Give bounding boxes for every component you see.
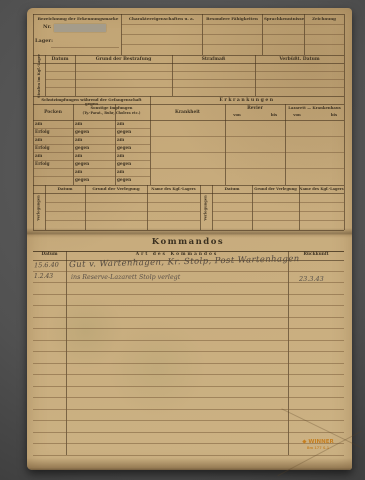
verleg-col-datum: Datum bbox=[212, 187, 252, 192]
grid-line bbox=[45, 87, 344, 88]
verlegungen-side-label: Verlegungen bbox=[204, 195, 208, 220]
verleg-col-grund: Grund der Verlegung bbox=[85, 187, 147, 192]
kommandos-title: Kommandos bbox=[138, 238, 238, 248]
verlegungen-side-label-wrap: Verlegungen bbox=[33, 185, 45, 230]
grid-line bbox=[45, 71, 344, 72]
cell-gegen: gegen bbox=[117, 146, 141, 151]
ruled-line bbox=[33, 455, 344, 456]
lazarett-bis: bis bbox=[327, 113, 341, 117]
ruled-line bbox=[33, 386, 344, 387]
revier-von: von bbox=[230, 113, 244, 117]
col-faehigkeiten: Besondere Fähigkeiten bbox=[204, 17, 260, 22]
cell-gegen: gegen bbox=[75, 162, 99, 167]
col-pocken: Pocken bbox=[33, 110, 73, 115]
grid-line bbox=[225, 104, 226, 185]
ruled-line bbox=[33, 282, 344, 283]
col-revier: Revier bbox=[225, 106, 285, 111]
grid-line bbox=[252, 185, 253, 230]
grid-line bbox=[85, 185, 86, 230]
cell-gegen: gegen bbox=[75, 178, 99, 183]
grid-line bbox=[212, 220, 344, 221]
cell-gegen: gegen bbox=[75, 130, 99, 135]
col-sprachen: Sprachkenntnisse bbox=[264, 17, 302, 22]
cell-erfolg: Erfolg bbox=[35, 162, 59, 167]
grid-line bbox=[150, 152, 344, 153]
cell-am: am bbox=[117, 122, 137, 127]
verleg-col-name: Name des Kgf.-Lagers bbox=[299, 187, 344, 191]
cell-gegen: gegen bbox=[75, 146, 99, 151]
cell-erfolg: Erfolg bbox=[35, 146, 59, 151]
cell-am: am bbox=[117, 154, 137, 159]
cell-erfolg: Erfolg bbox=[35, 130, 59, 135]
verleg-col-grund: Grund der Verlegung bbox=[252, 187, 299, 191]
grid-line bbox=[33, 63, 344, 64]
col-krankheit: Krankheit bbox=[150, 110, 225, 115]
grid-line bbox=[45, 220, 200, 221]
grid-line bbox=[45, 211, 200, 212]
grid-line bbox=[212, 185, 213, 230]
grid-line bbox=[121, 44, 344, 45]
verleg-col-datum: Datum bbox=[45, 187, 85, 192]
entry-date: 15.6.40 bbox=[34, 261, 59, 270]
erkennungsmarke-label: Bezeichnung der Erkennungsmarke bbox=[37, 17, 119, 22]
watermark-subtext: Bm 177 S.1 bbox=[293, 446, 343, 450]
ruled-line bbox=[33, 271, 344, 272]
entry-text: ins Reserve-Lazarett Stolp verlegt bbox=[71, 274, 180, 281]
verleg-col-name: Name des Kgf.-Lagers bbox=[147, 187, 200, 191]
cell-gegen: gegen bbox=[117, 178, 141, 183]
grid-line bbox=[45, 79, 344, 80]
document-paper: Bezeichnung der Erkennungsmarke Nr. Lage… bbox=[27, 8, 352, 470]
ruled-line bbox=[33, 374, 344, 375]
cell-gegen: gegen bbox=[117, 130, 141, 135]
ruled-line bbox=[33, 397, 344, 398]
ruled-line bbox=[33, 305, 344, 306]
strafen-col-datum: Datum bbox=[45, 57, 75, 62]
cell-am: am bbox=[117, 170, 137, 175]
ruled-line bbox=[33, 420, 344, 421]
paper-bottom-edge bbox=[27, 458, 352, 470]
strafen-col-verbuesst: Verbüßt. Datum bbox=[255, 57, 344, 62]
grid-line bbox=[45, 185, 46, 230]
ruled-line bbox=[33, 294, 344, 295]
cell-am: am bbox=[75, 170, 95, 175]
strafen-col-grund: Grund der Bestrafung bbox=[75, 57, 172, 62]
ruled-line bbox=[33, 351, 344, 352]
grid-line bbox=[150, 168, 344, 169]
cell-am: am bbox=[35, 138, 55, 143]
section-border bbox=[33, 185, 344, 186]
revier-bis: bis bbox=[267, 113, 281, 117]
verlegungen-side-label: Verlegungen bbox=[37, 195, 41, 220]
lager-label: Lager: bbox=[35, 39, 55, 45]
lazarett-von: von bbox=[290, 113, 304, 117]
form-border-right bbox=[344, 14, 345, 230]
col-sonstige-2: (Ty.-Parat., Ruhr, Cholera etc.) bbox=[74, 112, 149, 116]
cell-gegen: gegen bbox=[117, 162, 141, 167]
ruled-line bbox=[33, 409, 344, 410]
ruled-line bbox=[33, 328, 344, 329]
cell-am: am bbox=[35, 154, 55, 159]
entry-date: 1.2.43 bbox=[34, 273, 53, 280]
cell-am: am bbox=[75, 138, 95, 143]
grid-line bbox=[33, 193, 344, 194]
strafen-side-label-wrap: Strafen im Kgf.-Lager bbox=[33, 55, 45, 96]
verlegungen-side-label-wrap: Verlegungen bbox=[200, 185, 212, 230]
cell-am: am bbox=[75, 154, 95, 159]
strafen-side-label: Strafen im Kgf.-Lager bbox=[37, 54, 41, 98]
kommandos-col-datum: Datum bbox=[33, 253, 66, 258]
grid-line bbox=[285, 104, 286, 185]
ruled-line bbox=[33, 363, 344, 364]
section-border bbox=[33, 55, 344, 56]
cell-am: am bbox=[117, 138, 137, 143]
strafen-col-mass: Strafmaß bbox=[172, 57, 255, 62]
grid-line bbox=[150, 136, 344, 137]
cell-am: am bbox=[35, 122, 55, 127]
col-charakter: Charaktereigenschaften u. a. bbox=[123, 17, 200, 22]
grid-line bbox=[45, 202, 200, 203]
cell-am: am bbox=[75, 122, 95, 127]
grid-line bbox=[299, 185, 300, 230]
col-lazarett: Lazarett — Krankenhaus bbox=[285, 106, 344, 110]
grid-line bbox=[121, 24, 344, 25]
grid-line bbox=[212, 202, 344, 203]
ruled-line bbox=[33, 317, 344, 318]
grid-line bbox=[121, 34, 344, 35]
redacted-number bbox=[54, 24, 106, 32]
lager-fill-line bbox=[51, 47, 119, 48]
ruled-line bbox=[33, 340, 344, 341]
col-zeichnung: Zeichnung bbox=[306, 17, 342, 22]
col-sonstige-1: Sonstige Impfungen bbox=[74, 106, 149, 110]
grid-line bbox=[212, 211, 344, 212]
form-border-top bbox=[33, 14, 344, 15]
ruled-line bbox=[33, 432, 344, 433]
erkrankungen-title: Erkrankungen bbox=[152, 98, 342, 103]
grid-line bbox=[147, 185, 148, 230]
photo-background: Bezeichnung der Erkennungsmarke Nr. Lage… bbox=[0, 0, 365, 480]
